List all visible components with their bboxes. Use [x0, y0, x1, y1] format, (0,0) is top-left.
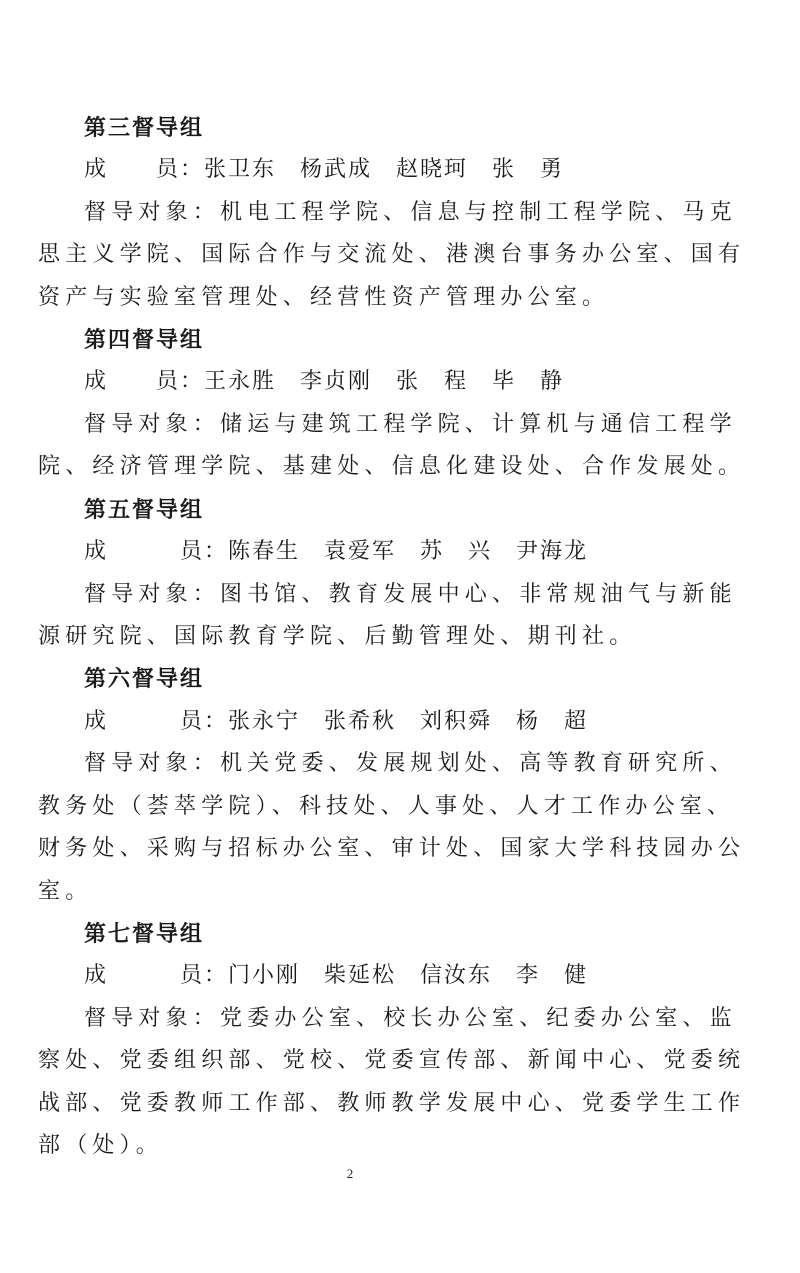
group-4-members: 成 员：王永胜 李贞刚 张 程 毕 静 [84, 367, 714, 397]
group-7-targets-line-3: 战部、党委教师工作部、教师教学发展中心、党委学生工作 [38, 1089, 668, 1119]
group-6-targets-line-2: 教务处（荟萃学院）、科技处、人事处、人才工作办公室、 [38, 792, 668, 822]
group-5-targets-line-1: 督导对象：图书馆、教育发展中心、非常规油气与新能 [84, 580, 714, 610]
group-7-targets-line-4: 部（处）。 [38, 1131, 668, 1161]
group-5-targets-line-2: 源研究院、国际教育学院、后勤管理处、期刊社。 [38, 622, 668, 652]
group-5-members: 成 员：陈春生 袁爱军 苏 兴 尹海龙 [84, 537, 714, 567]
group-6-targets-line-1: 督导对象：机关党委、发展规划处、高等教育研究所、 [84, 749, 714, 779]
group-3-targets-line-3: 资产与实验室管理处、经营性资产管理办公室。 [38, 283, 668, 313]
group-7-targets-line-1: 督导对象：党委办公室、校长办公室、纪委办公室、监 [84, 1004, 714, 1034]
group-3-heading: 第三督导组 [84, 113, 714, 143]
group-6-heading: 第六督导组 [84, 664, 714, 694]
group-5-heading: 第五督导组 [84, 495, 714, 525]
group-4-targets-line-1: 督导对象：储运与建筑工程学院、计算机与通信工程学 [84, 410, 714, 440]
group-7-heading: 第七督导组 [84, 919, 714, 949]
group-7-members: 成 员：门小刚 柴延松 信汝东 李 健 [84, 961, 714, 991]
group-4-targets-line-2: 院、经济管理学院、基建处、信息化建设处、合作发展处。 [38, 452, 668, 482]
group-6-members: 成 员：张永宁 张希秋 刘积舜 杨 超 [84, 707, 714, 737]
page-number: 2 [0, 1166, 700, 1182]
document-page: 第三督导组 成 员：张卫东 杨武成 赵晓珂 张 勇 督导对象：机电工程学院、信息… [0, 0, 800, 1273]
group-7-targets-line-2: 察处、党委组织部、党校、党委宣传部、新闻中心、党委统 [38, 1046, 668, 1076]
group-3-members: 成 员：张卫东 杨武成 赵晓珂 张 勇 [84, 155, 714, 185]
group-6-targets-line-4: 室。 [38, 877, 668, 907]
group-6-targets-line-3: 财务处、采购与招标办公室、审计处、国家大学科技园办公 [38, 834, 668, 864]
group-3-targets-line-2: 思主义学院、国际合作与交流处、港澳台事务办公室、国有 [38, 240, 668, 270]
group-3-targets-line-1: 督导对象：机电工程学院、信息与控制工程学院、马克 [84, 198, 714, 228]
group-4-heading: 第四督导组 [84, 325, 714, 355]
